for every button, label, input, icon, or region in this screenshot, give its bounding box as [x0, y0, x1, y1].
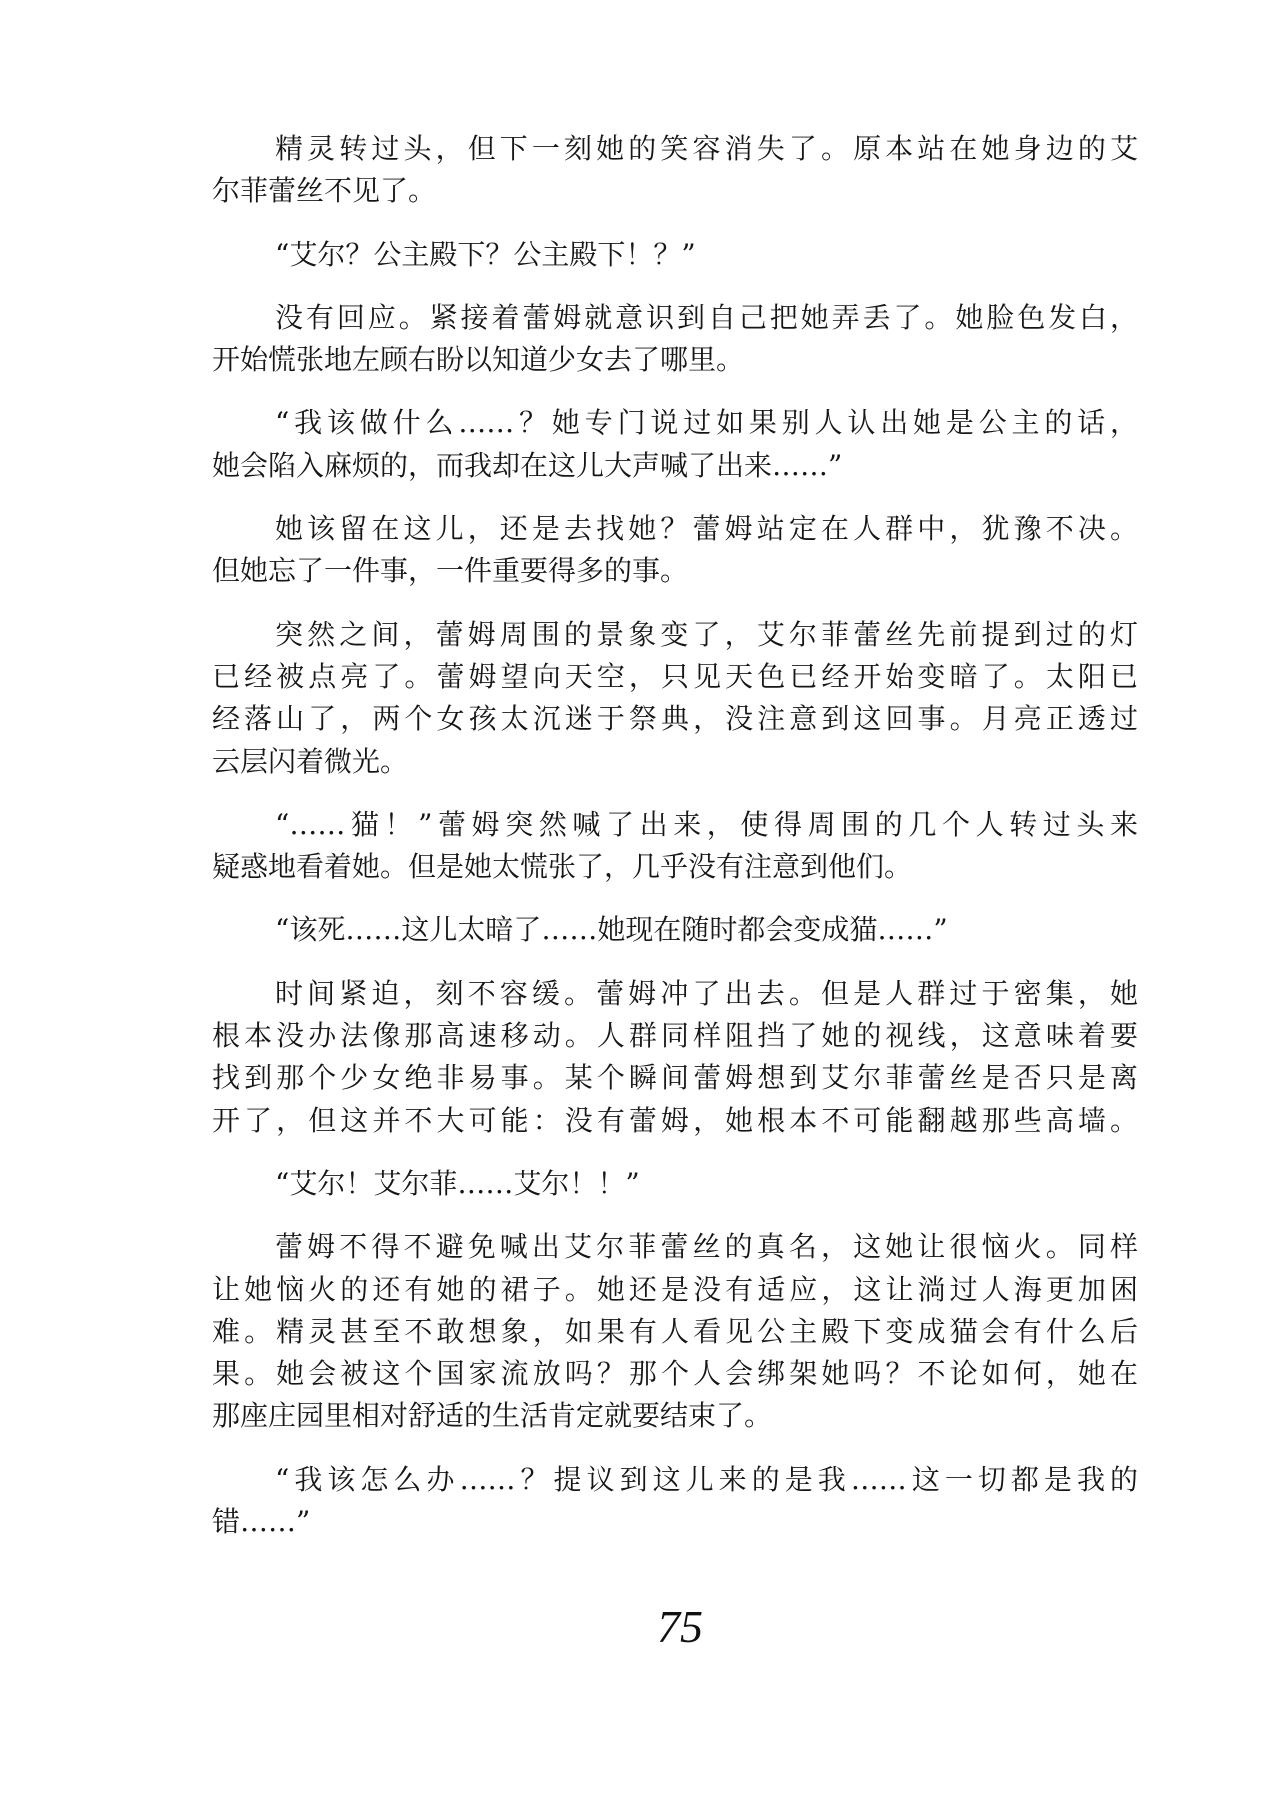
book-page: 精灵转过头，但下一刻她的笑容消失了。原本站在她身边的艾 尔菲蕾丝不见了。 “艾尔…: [0, 0, 1280, 1816]
text-line: “我该怎么办……？提议到这儿来的是我……这一切都是我的: [212, 1459, 1138, 1501]
paragraph: 精灵转过头，但下一刻她的笑容消失了。原本站在她身边的艾 尔菲蕾丝不见了。: [212, 128, 1138, 213]
text-line: 错……”: [212, 1501, 1138, 1543]
paragraph: “艾尔？公主殿下？公主殿下！？”: [212, 234, 1138, 276]
text-line: “艾尔？公主殿下？公主殿下！？”: [212, 234, 1138, 276]
paragraph: “我该做什么……？她专门说过如果别人认出她是公主的话， 她会陷入麻烦的，而我却在…: [212, 402, 1138, 487]
paragraph: 没有回应。紧接着蕾姆就意识到自己把她弄丢了。她脸色发白， 开始慌张地左顾右盼以知…: [212, 297, 1138, 382]
page-body-text: 精灵转过头，但下一刻她的笑容消失了。原本站在她身边的艾 尔菲蕾丝不见了。 “艾尔…: [212, 128, 1138, 1564]
text-line: 开了，但这并不大可能：没有蕾姆，她根本不可能翻越那些高墙。: [212, 1100, 1138, 1142]
text-line: 找到那个少女绝非易事。某个瞬间蕾姆想到艾尔菲蕾丝是否只是离: [212, 1057, 1138, 1099]
text-line: “艾尔！艾尔菲……艾尔！！”: [212, 1163, 1138, 1205]
text-line: “……猫！”蕾姆突然喊了出来，使得周围的几个人转过头来: [212, 804, 1138, 846]
paragraph: “……猫！”蕾姆突然喊了出来，使得周围的几个人转过头来 疑惑地看着她。但是她太慌…: [212, 804, 1138, 889]
text-line: “该死……这儿太暗了……她现在随时都会变成猫……”: [212, 909, 1138, 951]
paragraph: 蕾姆不得不避免喊出艾尔菲蕾丝的真名，这她让很恼火。同样 让她恼火的还有她的裙子。…: [212, 1226, 1138, 1437]
text-line: 让她恼火的还有她的裙子。她还是没有适应，这让淌过人海更加困: [212, 1269, 1138, 1311]
text-line: 尔菲蕾丝不见了。: [212, 170, 1138, 212]
text-line: 开始慌张地左顾右盼以知道少女去了哪里。: [212, 339, 1138, 381]
text-line: 难。精灵甚至不敢想象，如果有人看见公主殿下变成猫会有什么后: [212, 1311, 1138, 1353]
paragraph: “我该怎么办……？提议到这儿来的是我……这一切都是我的 错……”: [212, 1459, 1138, 1544]
paragraph: 她该留在这儿，还是去找她？蕾姆站定在人群中，犹豫不决。 但她忘了一件事，一件重要…: [212, 508, 1138, 593]
text-line: 她该留在这儿，还是去找她？蕾姆站定在人群中，犹豫不决。: [212, 508, 1138, 550]
text-line: 那座庄园里相对舒适的生活肯定就要结束了。: [212, 1395, 1138, 1437]
paragraph: “艾尔！艾尔菲……艾尔！！”: [212, 1163, 1138, 1205]
text-line: 精灵转过头，但下一刻她的笑容消失了。原本站在她身边的艾: [212, 128, 1138, 170]
text-line: 果。她会被这个国家流放吗？那个人会绑架她吗？不论如何，她在: [212, 1353, 1138, 1395]
paragraph: “该死……这儿太暗了……她现在随时都会变成猫……”: [212, 909, 1138, 951]
text-line: “我该做什么……？她专门说过如果别人认出她是公主的话，: [212, 402, 1138, 444]
text-line: 没有回应。紧接着蕾姆就意识到自己把她弄丢了。她脸色发白，: [212, 297, 1138, 339]
text-line: 她会陷入麻烦的，而我却在这儿大声喊了出来……”: [212, 445, 1138, 487]
text-line: 疑惑地看着她。但是她太慌张了，几乎没有注意到他们。: [212, 846, 1138, 888]
paragraph: 时间紧迫，刻不容缓。蕾姆冲了出去。但是人群过于密集，她 根本没办法像那高速移动。…: [212, 973, 1138, 1142]
text-line: 经落山了，两个女孩太沉迷于祭典，没注意到这回事。月亮正透过: [212, 698, 1138, 740]
text-line: 但她忘了一件事，一件重要得多的事。: [212, 550, 1138, 592]
paragraph: 突然之间，蕾姆周围的景象变了，艾尔菲蕾丝先前提到过的灯 已经被点亮了。蕾姆望向天…: [212, 614, 1138, 783]
text-line: 突然之间，蕾姆周围的景象变了，艾尔菲蕾丝先前提到过的灯: [212, 614, 1138, 656]
text-line: 蕾姆不得不避免喊出艾尔菲蕾丝的真名，这她让很恼火。同样: [212, 1226, 1138, 1268]
text-line: 已经被点亮了。蕾姆望向天空，只见天色已经开始变暗了。太阳已: [212, 656, 1138, 698]
text-line: 根本没办法像那高速移动。人群同样阻挡了她的视线，这意味着要: [212, 1015, 1138, 1057]
text-line: 云层闪着微光。: [212, 741, 1138, 783]
page-number: 75: [0, 1600, 1280, 1653]
text-line: 时间紧迫，刻不容缓。蕾姆冲了出去。但是人群过于密集，她: [212, 973, 1138, 1015]
